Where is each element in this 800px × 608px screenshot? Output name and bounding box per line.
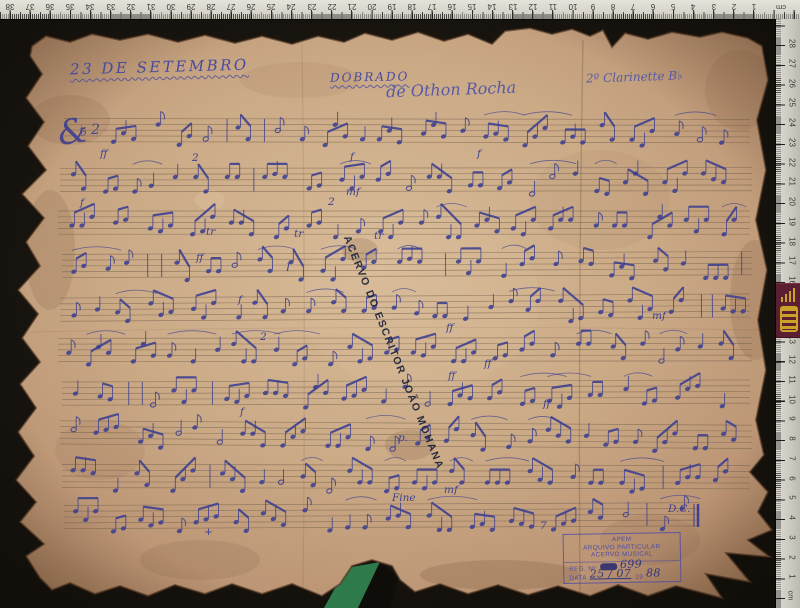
ruler-number: 33 xyxy=(103,2,119,11)
ruler-number: 9 xyxy=(585,2,601,11)
dynamic-mark: 2 xyxy=(192,152,199,164)
ruler-number: 12 xyxy=(788,352,797,368)
dynamic-mark: + xyxy=(204,526,213,538)
dynamic-mark: tr xyxy=(206,226,215,238)
ruler-number: 19 xyxy=(788,213,797,229)
dynamic-mark: ff xyxy=(196,252,203,264)
ruler-number: 8 xyxy=(605,2,621,11)
ruler-number: 8 xyxy=(788,431,797,447)
ruler-number: 1 xyxy=(746,2,762,11)
dynamic-mark: mf xyxy=(346,186,360,198)
ruler-number: 25 xyxy=(263,2,279,11)
dynamic-mark: mf xyxy=(652,310,666,322)
ruler-number: 20 xyxy=(788,194,797,210)
dynamic-mark: ff xyxy=(446,322,453,334)
dynamic-mark: p. xyxy=(398,432,408,444)
dynamic-mark: f xyxy=(350,151,354,163)
dynamic-mark: ff xyxy=(543,398,550,410)
ruler-number: 2 xyxy=(726,2,742,11)
ruler-number: 21 xyxy=(344,2,360,11)
ruler-number: 16 xyxy=(444,2,460,11)
composer-credit: de Othon Rocha xyxy=(386,78,517,102)
dynamic-mark: f xyxy=(240,406,244,418)
ruler-number: 2 xyxy=(788,549,797,565)
ruler-number: 5 xyxy=(788,490,797,506)
ruler-cm-ticks xyxy=(0,10,800,19)
ruler-number: 22 xyxy=(788,154,797,170)
ruler-number: 18 xyxy=(788,233,797,249)
ruler-number: 4 xyxy=(788,510,797,526)
ruler-number: 26 xyxy=(788,75,797,91)
dynamic-mark: ff xyxy=(448,370,455,382)
stamp-date-row: DATA25 / 071988 xyxy=(564,571,680,583)
ruler-number: 31 xyxy=(143,2,159,11)
ruler-number: 24 xyxy=(788,115,797,131)
ruler-number: 15 xyxy=(464,2,480,11)
ruler-number: 32 xyxy=(123,2,139,11)
ruler-number: 1 xyxy=(788,569,797,585)
dynamic-mark: f xyxy=(80,197,84,209)
ruler-number: 23 xyxy=(788,134,797,150)
ruler-number: 25 xyxy=(788,95,797,111)
dynamic-mark: D.C. xyxy=(668,503,690,515)
dynamic-mark: f xyxy=(238,294,242,306)
ruler-number: 17 xyxy=(788,253,797,269)
badge-emblem-icon xyxy=(780,306,798,332)
ruler-number: 22 xyxy=(324,2,340,11)
ruler-number: 24 xyxy=(283,2,299,11)
archive-stamp: APEM ARQUIVO PARTICULAR ACERVO MUSICAL R… xyxy=(563,532,682,584)
ruler-number: 29 xyxy=(183,2,199,11)
dynamic-mark: 7 xyxy=(540,520,547,532)
ruler-number: 10 xyxy=(788,391,797,407)
ruler-number: 7 xyxy=(788,450,797,466)
stamp-year-value: 88 xyxy=(646,567,661,580)
ruler-number: 18 xyxy=(404,2,420,11)
ruler-number: 4 xyxy=(685,2,701,11)
dynamic-mark: f xyxy=(477,148,481,160)
ruler-brand-badge xyxy=(776,283,800,338)
ruler-number: 38 xyxy=(2,2,18,11)
dynamic-mark: ff xyxy=(484,358,491,370)
ruler-number: 28 xyxy=(788,36,797,52)
dynamic-mark: 2 xyxy=(260,331,267,343)
dynamic-mark: 2 xyxy=(328,196,335,208)
ruler-number: 3 xyxy=(788,529,797,545)
badge-bars-icon xyxy=(781,288,795,302)
dynamic-mark: Fine xyxy=(392,492,416,504)
ruler-number: 6 xyxy=(788,470,797,486)
archive-watermark: ACERVO DO ESCRITOR JOÃO MOHANA xyxy=(341,234,446,471)
ruler-number: 5 xyxy=(665,2,681,11)
ruler-number: 12 xyxy=(525,2,541,11)
ruler-number: 11 xyxy=(545,2,561,11)
horizontal-ruler-unit: cm xyxy=(776,3,786,12)
ruler-number: 19 xyxy=(384,2,400,11)
ruler-number: 34 xyxy=(82,2,98,11)
ruler-number: 9 xyxy=(788,411,797,427)
ruler-number: 11 xyxy=(788,371,797,387)
ruler-number: 7 xyxy=(625,2,641,11)
ruler-number: 27 xyxy=(788,55,797,71)
horizontal-ruler: 3837363534333231302928272625242322212019… xyxy=(0,0,800,19)
ruler-number: 21 xyxy=(788,174,797,190)
dynamic-mark: tr xyxy=(374,230,383,242)
ruler-number: 10 xyxy=(565,2,581,11)
dynamic-mark: mf xyxy=(444,484,458,496)
stamp-date-label: DATA xyxy=(569,575,587,582)
ruler-number: 13 xyxy=(505,2,521,11)
ruler-number: 27 xyxy=(223,2,239,11)
ruler-number: 20 xyxy=(364,2,380,11)
ruler-number: 26 xyxy=(243,2,259,11)
ruler-number: 30 xyxy=(163,2,179,11)
stamp-year-prefix: 19 xyxy=(635,574,643,581)
piece-title: 23 DE SETEMBRO xyxy=(70,56,249,79)
ruler-number: 37 xyxy=(22,2,38,11)
instrument-label: 2º Clarinette B♭ xyxy=(586,68,683,85)
text-layer: 23 DE SETEMBRO DOBRADO de Othon Rocha 2º… xyxy=(0,0,800,608)
vertical-ruler-unit: cm xyxy=(787,591,796,601)
dynamic-mark: tr xyxy=(294,228,303,240)
ruler-number: 28 xyxy=(203,2,219,11)
ruler-number: 6 xyxy=(645,2,661,11)
dynamic-mark: ff xyxy=(100,148,107,160)
ruler-number: 14 xyxy=(484,2,500,11)
stamp-date-value: 25 / 07 xyxy=(590,567,632,581)
dynamic-mark: I xyxy=(286,262,290,274)
ruler-number: 17 xyxy=(424,2,440,11)
ruler-number: 23 xyxy=(304,2,320,11)
vertical-ruler: 2827262524232221201918171615141312111098… xyxy=(776,19,800,608)
photo-stage: &♭2 23 DE SETEMBRO DOBRADO de Othon Roch… xyxy=(0,0,800,608)
ruler-number: 35 xyxy=(62,2,78,11)
ruler-number: 36 xyxy=(42,2,58,11)
ruler-number: 3 xyxy=(706,2,722,11)
